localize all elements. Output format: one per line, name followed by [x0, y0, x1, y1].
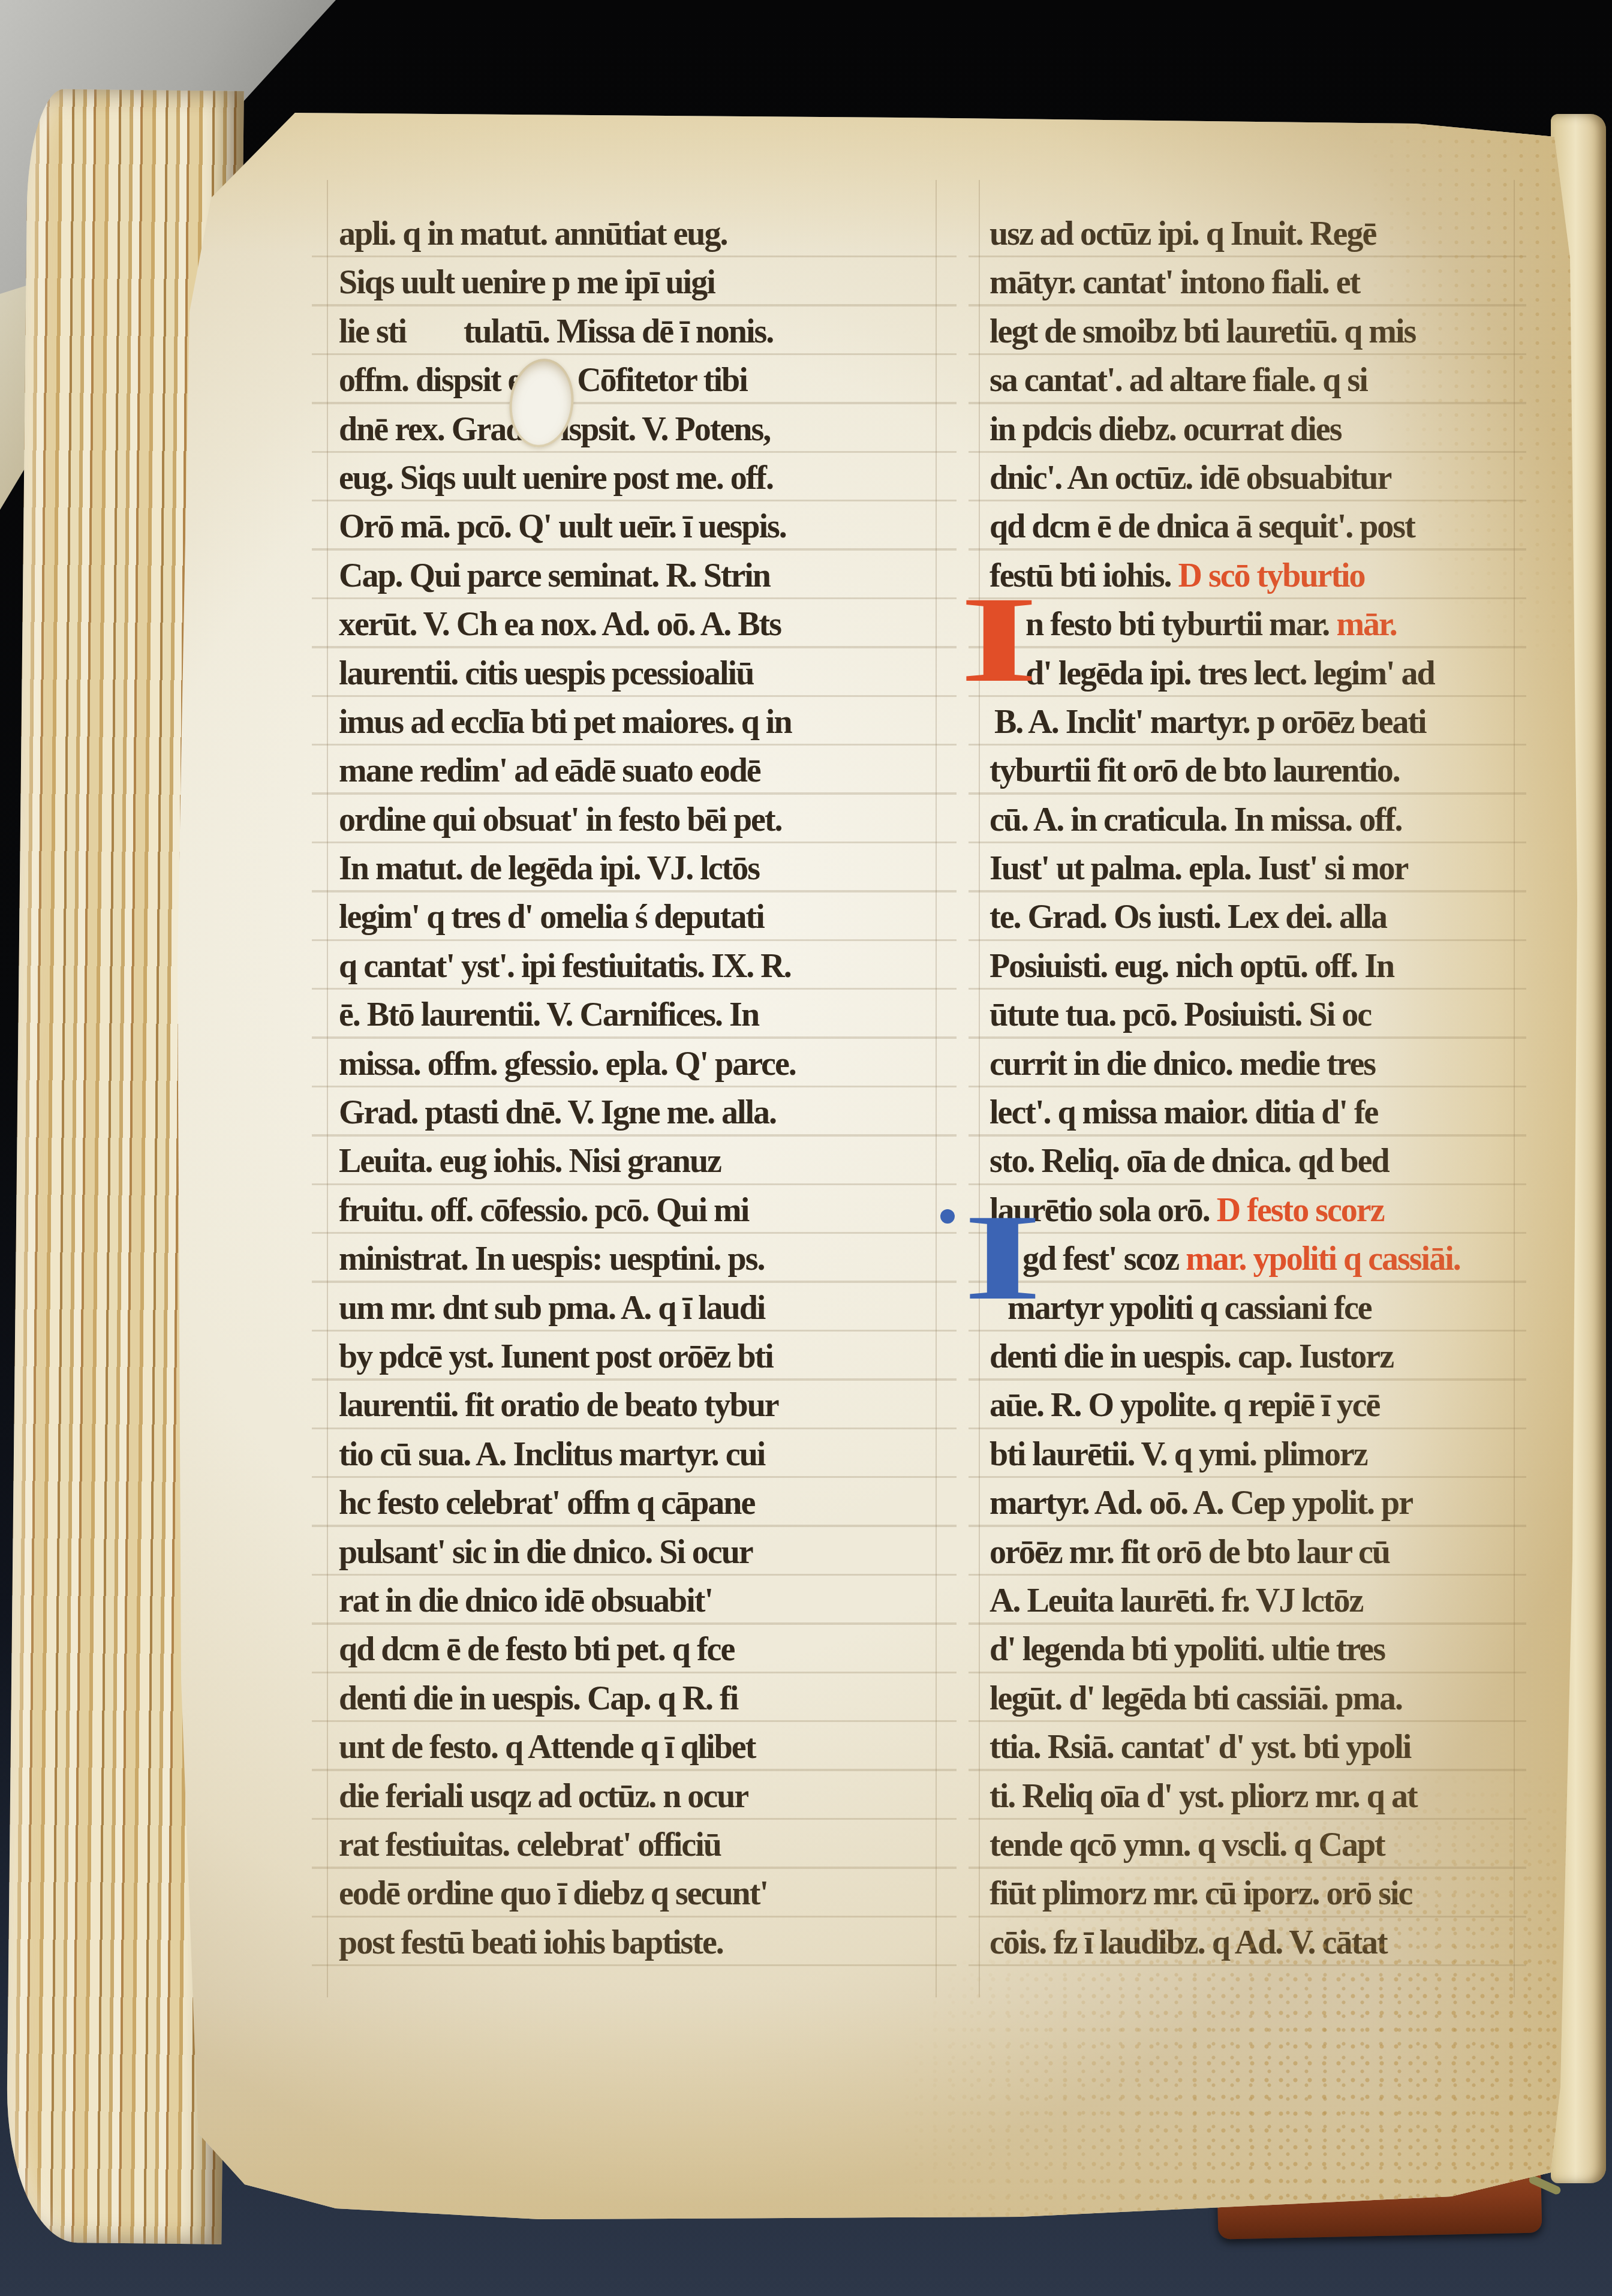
manuscript-photo: apli. q in matut. annūtiat eug.Siqs uult…	[0, 0, 1612, 2296]
manuscript-page: apli. q in matut. annūtiat eug.Siqs uult…	[0, 0, 1612, 2296]
page-vignette	[0, 0, 1612, 2296]
